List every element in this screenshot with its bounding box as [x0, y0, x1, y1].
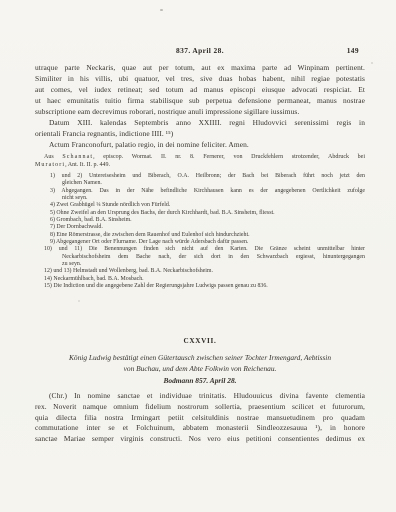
text-line: orientali Francia regnantis, indictione … [35, 128, 365, 139]
running-header: 837. April 28. 149 [35, 46, 365, 56]
letterspaced-name: Schannat [62, 154, 93, 160]
text-line: 5) Ohne Zweifel an den Ursprung des Bach… [50, 210, 365, 217]
text-line: subscriptione eam decrevimus roborari, n… [35, 106, 365, 117]
charter-127-body-text: (Chr.) In nomine sanctae et individuae t… [35, 391, 365, 445]
text-line: Actum Franconofurt, palatio regio, in de… [35, 139, 365, 150]
text-line: Aus Schannat, episcop. Wormat. II. nr. 8… [35, 153, 365, 161]
text-line: 15) Die Indiction und die angegebene Zah… [44, 283, 365, 290]
running-head-date: 837. April 28. [176, 46, 224, 55]
text-line: 7) Der Dornbachwald. [50, 224, 365, 231]
text-line: ut haec emunitatis tuitio firma stabilis… [35, 95, 365, 106]
letterspaced-name: Muratori [35, 162, 65, 168]
text-block: 837. April 28. 149 utraque parte Neckari… [35, 46, 365, 445]
charter-number-heading: CXXVII. [35, 337, 365, 345]
page-number: 149 [347, 46, 359, 55]
text-line: Datum XIII. kalendas Septembris anno XXI… [35, 117, 365, 128]
scanned-book-page: 837. April 28. 149 utraque parte Neckari… [0, 0, 396, 512]
charter-dateline: Bodmann 857. April 28. [35, 376, 365, 385]
text-line: 8) Eine Römerstrasse, die zwischen dem R… [50, 232, 365, 239]
text-line: Muratori, Ant. It. II. p. 449. [35, 161, 365, 169]
text-line: Neckarbischofsheim dem Bache nach, der s… [62, 254, 365, 261]
text-line: 3) Abgegangen. Das in der Nähe befindlic… [50, 188, 365, 195]
source-note: Aus Schannat, episcop. Wormat. II. nr. 8… [35, 153, 365, 169]
charter-title: König Ludwig bestätigt einen Gütertausch… [35, 352, 365, 375]
scan-speck [371, 62, 373, 64]
text-line: 4) Zwei Grabhügel ¼ Stunde nördlich von … [50, 202, 365, 209]
text-line: von Buchau, und dem Abte Folkwin von Rei… [35, 363, 365, 374]
text-line: sanctae Mariae semper virginis construct… [35, 434, 365, 445]
text-line: aut comes, vel iudex retineat; sed totum… [35, 84, 365, 95]
charter-126-body-text: utraque parte Neckaris, quae aut per tot… [35, 62, 365, 150]
text-line: quia dilecta filia nostra Irmingart peti… [35, 413, 365, 424]
scan-speck [160, 9, 163, 11]
text-line: 10) und 11) Die Benennungen finden sich … [44, 246, 365, 253]
text-line: 12) und 13) Helmstadt und Wollenberg, ba… [44, 268, 365, 275]
text-line: commutatione inter se et Folchuinum, abb… [35, 423, 365, 434]
text-line: 1) und 2) Untereisesheim und Biberach, O… [50, 173, 365, 180]
footnotes: 1) und 2) Untereisesheim und Biberach, O… [35, 173, 365, 291]
text-line: utraque parte Neckaris, quae aut per tot… [35, 62, 365, 73]
text-line: König Ludwig bestätigt einen Gütertausch… [35, 352, 365, 363]
text-line: rex. Noverit namque omnium fidelium nost… [35, 402, 365, 413]
text-line: gleichen Namen. [62, 180, 365, 187]
text-line: (Chr.) In nomine sanctae et individuae t… [35, 391, 365, 402]
text-line: Similiter in his villis, ubi quatuor, ve… [35, 73, 365, 84]
